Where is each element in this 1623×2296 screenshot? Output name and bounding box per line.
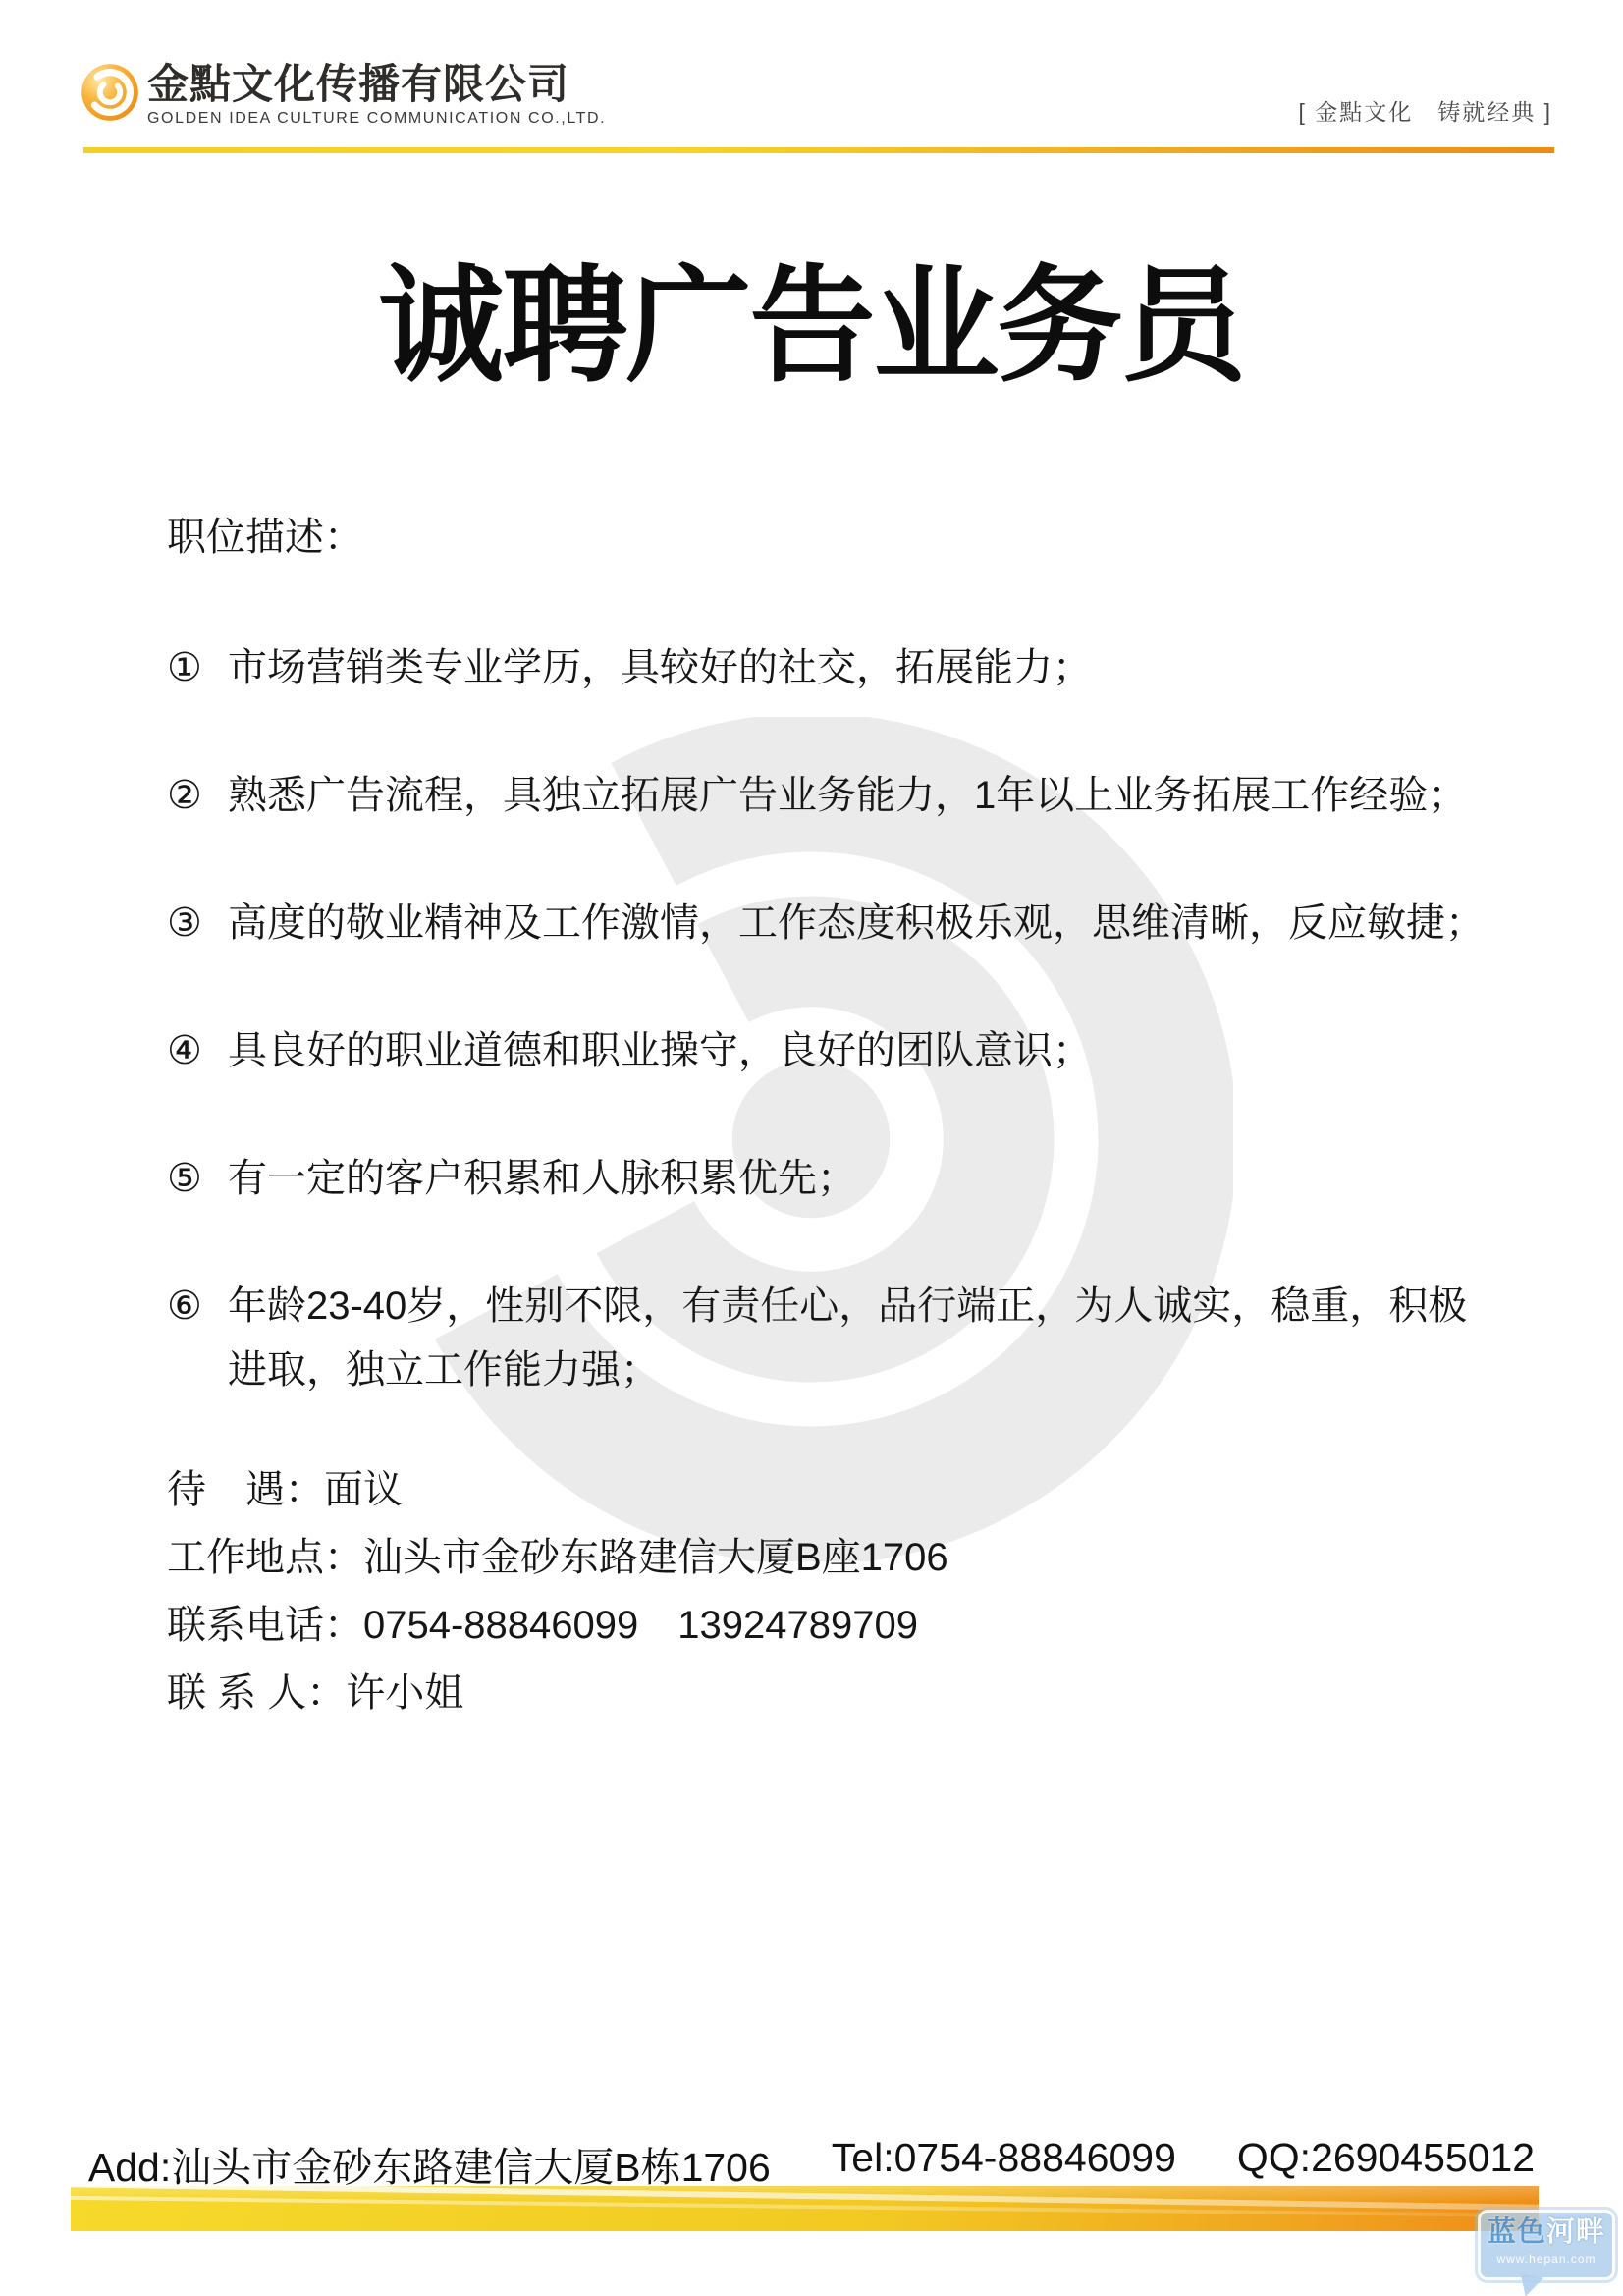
contact-person-value: 许小姐 <box>346 1671 463 1715</box>
footer-gold-bar <box>71 2186 1539 2231</box>
page-title: 诚聘广告业务员 <box>0 247 1623 405</box>
work-location-label: 工作地点： <box>167 1536 363 1579</box>
salary-line: 待 遇：面议 <box>167 1456 1537 1524</box>
phone-label: 联系电话： <box>167 1604 363 1647</box>
footer: Add:汕头市金砂东路建信大厦B栋1706 Tel:0754-88846099 … <box>0 2135 1623 2193</box>
company-name: 金點文化传播有限公司 <box>147 63 606 106</box>
requirement-item: ⑥ 年龄23-40岁，性别不限，有责任心，品行端正，为人诚实，稳重，积极进取，独… <box>167 1275 1504 1402</box>
header: 金點文化传播有限公司 GOLDEN IDEA CULTURE COMMUNICA… <box>0 0 1623 157</box>
phone-value: 0754-88846099 13924789709 <box>363 1604 918 1647</box>
requirement-item: ① 市场营销类专业学历，具较好的社交，拓展能力； <box>167 636 1504 700</box>
requirement-item: ⑤ 有一定的客户积累和人脉积累优先； <box>167 1147 1504 1211</box>
work-location-line: 工作地点：汕头市金砂东路建信大厦B座1706 <box>167 1524 1537 1592</box>
requirement-text: 熟悉广告流程，具独立拓展广告业务能力，1年以上业务拓展工作经验； <box>228 774 1467 817</box>
requirement-number: ④ <box>167 1019 202 1083</box>
salary-label: 待 遇： <box>167 1468 324 1511</box>
requirement-number: ① <box>167 636 202 700</box>
requirement-item: ③ 高度的敬业精神及工作激情，工作态度积极乐观，思维清晰，反应敏捷； <box>167 892 1504 956</box>
company-name-block: 金點文化传播有限公司 GOLDEN IDEA CULTURE COMMUNICA… <box>147 63 606 128</box>
requirement-number: ② <box>167 764 202 828</box>
header-divider <box>83 147 1554 153</box>
requirement-text: 高度的敬业精神及工作激情，工作态度积极乐观，思维清晰，反应敏捷； <box>228 902 1485 945</box>
company-logo-icon <box>81 63 139 122</box>
footer-qq: QQ:2690455012 <box>1237 2135 1535 2193</box>
requirement-text: 具良好的职业道德和职业操守，良好的团队意识； <box>228 1029 1092 1072</box>
job-poster-page: 金點文化传播有限公司 GOLDEN IDEA CULTURE COMMUNICA… <box>0 0 1623 2296</box>
salary-value: 面议 <box>324 1468 403 1511</box>
hepan-watermark-badge: 蓝色河畔 www.hepan.com <box>1478 2210 1615 2280</box>
requirement-number: ⑤ <box>167 1147 202 1211</box>
work-location-value: 汕头市金砂东路建信大厦B座1706 <box>363 1536 948 1579</box>
hepan-badge-title-primary: 蓝色 <box>1488 2216 1546 2248</box>
hepan-badge-title-secondary: 河畔 <box>1546 2216 1605 2248</box>
contact-person-line: 联 系 人：许小姐 <box>167 1660 1537 1727</box>
footer-tel: Tel:0754-88846099 <box>832 2135 1176 2193</box>
phone-line: 联系电话：0754-88846099 13924789709 <box>167 1592 1537 1660</box>
hepan-badge-title: 蓝色河畔 <box>1481 2213 1612 2252</box>
requirement-number: ⑥ <box>167 1275 202 1339</box>
requirement-item: ② 熟悉广告流程，具独立拓展广告业务能力，1年以上业务拓展工作经验； <box>167 764 1504 828</box>
company-name-english: GOLDEN IDEA CULTURE COMMUNICATION CO.,LT… <box>147 110 606 128</box>
hepan-badge-url: www.hepan.com <box>1481 2252 1612 2266</box>
requirement-number: ③ <box>167 892 202 956</box>
footer-address: Add:汕头市金砂东路建信大厦B栋1706 <box>88 2135 771 2193</box>
section-label: 职位描述： <box>167 515 1537 560</box>
requirement-text: 年龄23-40岁，性别不限，有责任心，品行端正，为人诚实，稳重，积极进取，独立工… <box>228 1285 1467 1392</box>
job-description-section: 职位描述： ① 市场营销类专业学历，具较好的社交，拓展能力； ② 熟悉广告流程，… <box>167 515 1537 1727</box>
requirement-item: ④ 具良好的职业道德和职业操守，良好的团队意识； <box>167 1019 1504 1083</box>
company-tagline: [ 金點文化 铸就经典 ] <box>1298 94 1552 127</box>
contact-info: 待 遇：面议 工作地点：汕头市金砂东路建信大厦B座1706 联系电话：0754-… <box>167 1456 1537 1727</box>
requirement-text: 市场营销类专业学历，具较好的社交，拓展能力； <box>228 646 1092 689</box>
requirements-list: ① 市场营销类专业学历，具较好的社交，拓展能力； ② 熟悉广告流程，具独立拓展广… <box>167 636 1504 1402</box>
requirement-text: 有一定的客户积累和人脉积累优先； <box>228 1157 856 1200</box>
contact-person-label: 联 系 人： <box>167 1671 346 1715</box>
